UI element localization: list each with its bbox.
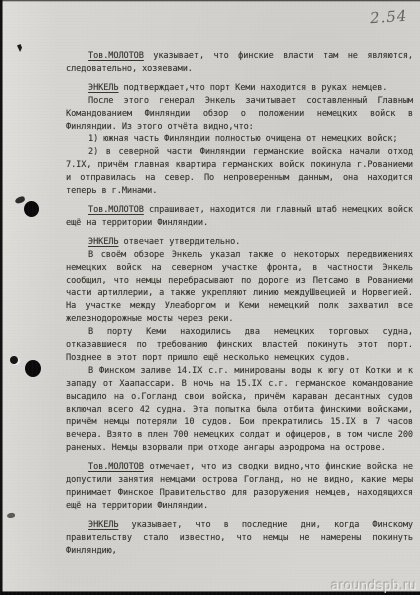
paragraph: 2) в северной части Финляндии германские… <box>66 146 413 198</box>
speaker-name: ЭНКЕЛЬ <box>88 237 118 247</box>
speaker-name: Тов.МОЛОТОВ <box>88 205 144 215</box>
scanned-document-page: 2.54 Тов.МОЛОТОВ указывает, что финские … <box>0 0 420 595</box>
ink-speck-bottom <box>7 512 16 519</box>
punch-hole-bottom <box>25 360 41 377</box>
paragraph: Тов.МОЛОТОВ отмечает, что из сводки видн… <box>66 461 413 513</box>
paragraph: ЭНКЕЛЬ указывает, что в последние дни, к… <box>66 519 413 558</box>
speaker-name: ЭНКЕЛЬ <box>88 520 118 530</box>
scan-edge-top <box>0 0 420 2</box>
paragraph: ЭНКЕЛЬ подтверждает,что порт Кеми находи… <box>66 82 413 95</box>
speaker-name: Тов.МОЛОТОВ <box>88 51 144 61</box>
paragraph: После этого генерал Энкель зачитывает со… <box>66 95 413 134</box>
scan-edge-left <box>0 0 3 595</box>
paragraph: В порту Кеми находились два немецких тор… <box>66 326 413 365</box>
paragraph: ЭНКЕЛЬ отвечает утвердительно. <box>66 236 413 249</box>
punch-dot <box>10 356 18 364</box>
document-body: Тов.МОЛОТОВ указывает, что финские власт… <box>66 44 413 558</box>
paragraph: 1) южная часть Финляндии полностью очище… <box>66 133 413 146</box>
paragraph: В своём обзоре Энкель указал также о нек… <box>66 249 413 326</box>
handwritten-page-number: 2.54 <box>369 7 408 28</box>
punch-hole-top <box>24 201 39 217</box>
speaker-name: ЭНКЕЛЬ <box>88 83 118 93</box>
ink-smudge <box>14 196 25 205</box>
paragraph: Тов.МОЛОТОВ спрашивает, находится ли гла… <box>66 204 413 230</box>
paragraph: Тов.МОЛОТОВ указывает, что финские власт… <box>66 50 413 76</box>
speaker-name: Тов.МОЛОТОВ <box>88 462 144 472</box>
paragraph: В Финском заливе 14.IX с.г. минированы в… <box>66 365 413 455</box>
ink-speck-top <box>17 44 22 52</box>
site-watermark: aroundspb.ru <box>331 578 417 593</box>
